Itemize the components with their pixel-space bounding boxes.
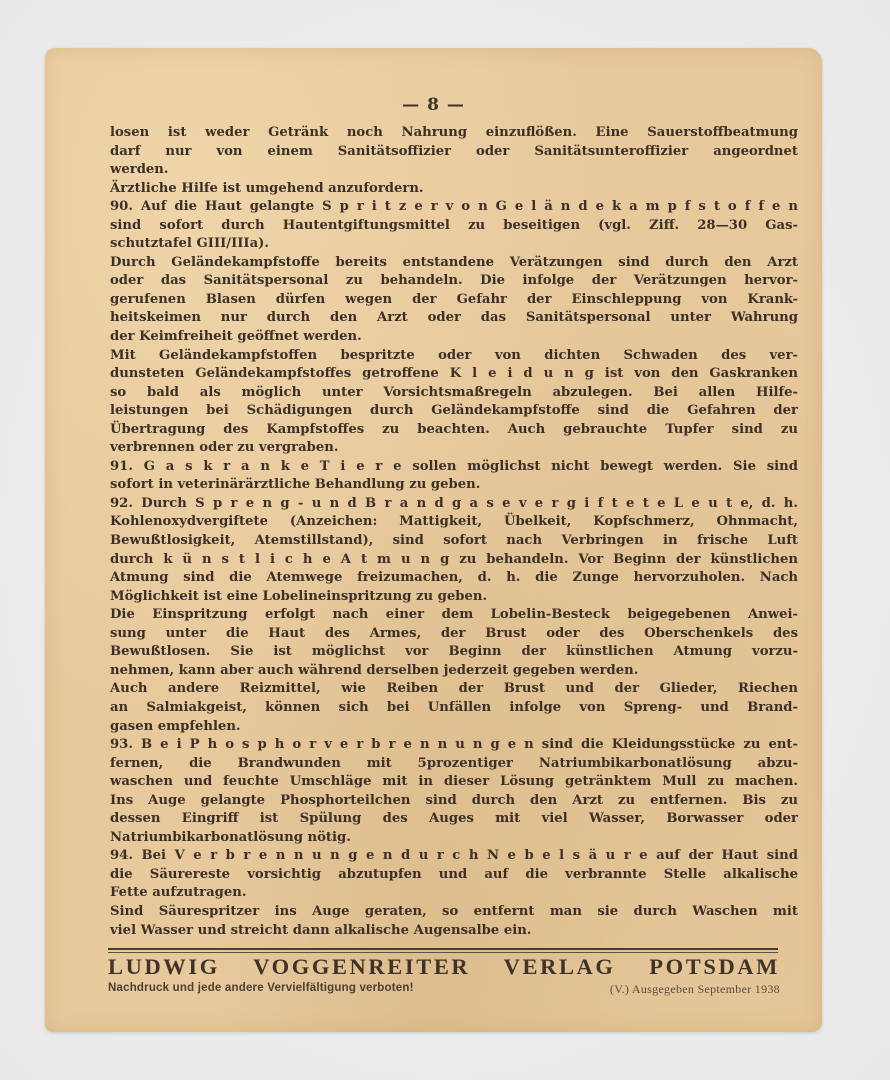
text-line: leistungen bei Schädigungen durch Geländ…: [110, 402, 798, 421]
text-line: werden.: [110, 161, 798, 180]
text-line: Auch andere Reizmittel, wie Reiben der B…: [110, 680, 798, 699]
text-line: Die Einspritzung erfolgt nach einer dem …: [110, 606, 798, 625]
publisher-name: LUDWIG VOGGENREITER VERLAG POTSDAM: [108, 954, 780, 980]
text-line: dunsteten Geländekampfstoffes getroffene…: [110, 365, 798, 384]
text-line: so bald als möglich unter Vorsichtsmaßre…: [110, 384, 798, 403]
reproduction-notice: Nachdruck und jede andere Vervielfältigu…: [108, 982, 414, 994]
text-line: Durch Geländekampfstoffe bereits entstan…: [110, 254, 798, 273]
text-line: Ins Auge gelangte Phosphorteilchen sind …: [110, 792, 798, 811]
text-line: Sind Säurespritzer ins Auge geraten, so …: [110, 903, 798, 922]
text-line: losen ist weder Getränk noch Nahrung ein…: [110, 124, 798, 143]
text-line: verbrennen oder zu vergraben.: [110, 439, 798, 458]
text-line: Mit Geländekampfstoffen bespritzte oder …: [110, 347, 798, 366]
footer-divider: [108, 948, 778, 950]
text-line: gasen empfehlen.: [110, 718, 798, 737]
page-number: — 8 —: [45, 95, 822, 115]
text-line: 93. B e i P h o s p h o r v e r b r e n …: [110, 736, 798, 755]
text-line: an Salmiakgeist, können sich bei Unfälle…: [110, 699, 798, 718]
text-line: Kohlenoxydvergiftete (Anzeichen: Mattigk…: [110, 513, 798, 532]
text-line: darf nur von einem Sanitätsoffizier oder…: [110, 143, 798, 162]
footer-notice-row: Nachdruck und jede andere Vervielfältigu…: [108, 982, 780, 1000]
text-line: 91. G a s k r a n k e T i e r e sollen m…: [110, 458, 798, 477]
text-line: heitskeimen nur durch den Arzt oder das …: [110, 309, 798, 328]
text-line: Ärztliche Hilfe ist umgehend anzufordern…: [110, 180, 798, 199]
text-line: schutztafel GIII/IIIa).: [110, 235, 798, 254]
text-line: der Keimfreiheit geöffnet werden.: [110, 328, 798, 347]
text-line: Übertragung des Kampfstoffes zu beachten…: [110, 421, 798, 440]
text-line: 94. Bei V e r b r e n n u n g e n d u r …: [110, 847, 798, 866]
text-line: nehmen, kann aber auch während derselben…: [110, 662, 798, 681]
text-line: Bewußtlosigkeit, Atemstillstand), sind s…: [110, 532, 798, 551]
text-line: Natriumbikarbonatlösung nötig.: [110, 829, 798, 848]
text-line: Atmung sind die Atemwege freizumachen, d…: [110, 569, 798, 588]
text-line: 92. Durch S p r e n g - u n d B r a n d …: [110, 495, 798, 514]
text-line: oder das Sanitätspersonal zu behandeln. …: [110, 272, 798, 291]
text-line: viel Wasser und streicht dann alkalische…: [110, 922, 798, 941]
document-page: — 8 — losen ist weder Getränk noch Nahru…: [45, 48, 822, 1032]
text-line: fernen, die Brandwunden mit 5prozentiger…: [110, 755, 798, 774]
text-line: die Säurereste vorsichtig abzutupfen und…: [110, 866, 798, 885]
footer-divider-thin: [108, 952, 778, 953]
text-line: Fette aufzutragen.: [110, 884, 798, 903]
text-line: sung unter die Haut des Armes, der Brust…: [110, 625, 798, 644]
text-line: sofort in veterinärärztliche Behandlung …: [110, 476, 798, 495]
text-line: dessen Eingriff ist Spülung des Auges mi…: [110, 810, 798, 829]
text-line: gerufenen Blasen dürfen wegen der Gefahr…: [110, 291, 798, 310]
text-line: waschen und feuchte Umschläge mit in die…: [110, 773, 798, 792]
text-line: durch k ü n s t l i c h e A t m u n g zu…: [110, 551, 798, 570]
edition-info: (V.) Ausgegeben September 1938: [610, 982, 780, 997]
text-line: Bewußtlosen. Sie ist möglichst vor Begin…: [110, 643, 798, 662]
text-line: sind sofort durch Hautentgiftungsmittel …: [110, 217, 798, 236]
text-line: 90. Auf die Haut gelangte S p r i t z e …: [110, 198, 798, 217]
text-line: Möglichkeit ist eine Lobelineinspritzung…: [110, 588, 798, 607]
body-text: losen ist weder Getränk noch Nahrung ein…: [110, 124, 798, 940]
